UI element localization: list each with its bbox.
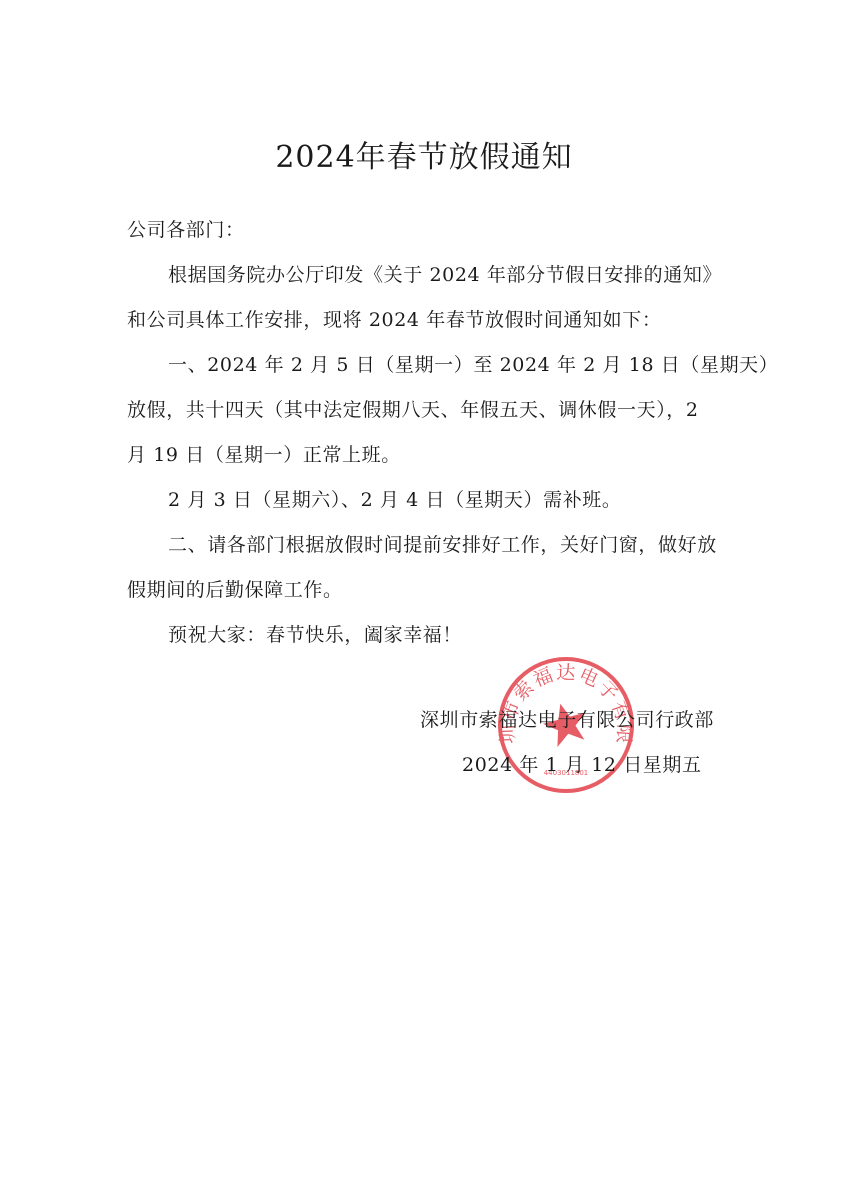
wishes-paragraph: 预祝大家：春节快乐，阖家幸福！ (168, 620, 462, 647)
item1-paragraph-line-1: 一、2024 年 2 月 5 日（星期一）至 2024 年 2 月 18 日（星… (168, 350, 778, 377)
intro-paragraph-line-1: 根据国务院办公厅印发《关于 2024 年部分节假日安排的通知》 (168, 260, 722, 287)
salutation: 公司各部门： (127, 215, 245, 242)
intro-paragraph-line-2: 和公司具体工作安排，现将 2024 年春节放假时间通知如下： (127, 305, 661, 332)
item2-paragraph-line-2: 假期间的后勤保障工作。 (127, 575, 343, 602)
item1-paragraph-line-2: 放假，共十四天（其中法定假期八天、年假五天、调休假一天），2 (127, 395, 699, 422)
signature-date: 2024 年 1 月 12 日星期五 (462, 750, 702, 777)
document-page: 圳市索福达电子有限公 4403011801 2024年春节放假通知 公司各部门：… (0, 0, 848, 1200)
item1-paragraph-line-3: 月 19 日（星期一）正常上班。 (127, 440, 401, 467)
page-title: 2024年春节放假通知 (0, 132, 848, 176)
makeup-workdays-paragraph: 2 月 3 日（星期六）、2 月 4 日（星期天）需补班。 (168, 485, 622, 512)
item2-paragraph-line-1: 二、请各部门根据放假时间提前安排好工作，关好门窗，做好放 (168, 530, 717, 557)
signature-organization: 深圳市索福达电子有限公司行政部 (420, 705, 714, 732)
